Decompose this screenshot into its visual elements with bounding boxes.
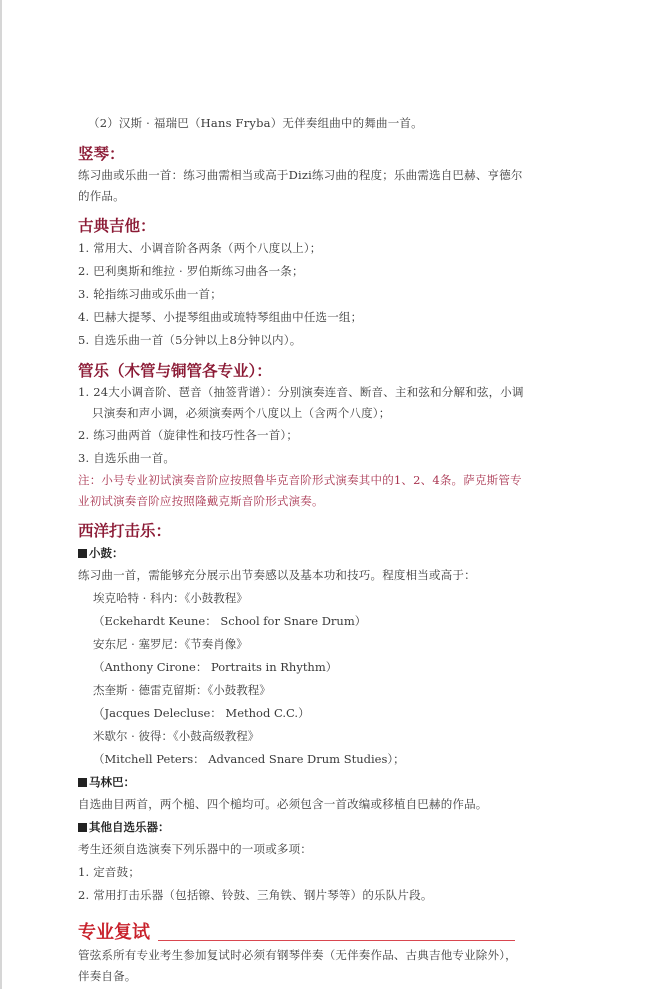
snare-book: （Jacques Delecluse： Method C.C.） <box>78 702 528 725</box>
guitar-item: 1. 常用大、小调音阶各两条（两个八度以上）； <box>78 237 528 260</box>
winds-heading: 管乐（木管与铜管各专业）： <box>78 360 528 382</box>
guitar-heading: 古典吉他： <box>78 215 528 237</box>
marimba-text: 自选曲目两首，两个槌、四个槌均可。必须包含一首改编或移植自巴赫的作品。 <box>78 793 528 816</box>
guitar-item: 3. 轮指练习曲或乐曲一首； <box>78 283 528 306</box>
marimba-heading-label: 马林巴： <box>89 771 135 793</box>
percussion-section: 西洋打击乐： 小鼓： 练习曲一首，需能够充分展示出节奏感以及基本功和技巧。程度相… <box>78 520 528 907</box>
winds-item: 1. 24大小调音阶、琶音（抽签背谱）：分别演奏连音、断音、主和弦和分解和弦，小… <box>78 382 528 424</box>
page-left-border <box>0 0 2 989</box>
harp-text: 练习曲或乐曲一首：练习曲需相当或高于Dizi练习曲的程度；乐曲需选自巴赫、亨德尔… <box>78 165 528 207</box>
guitar-item: 2. 巴利奥斯和维拉 · 罗伯斯练习曲各一条； <box>78 260 528 283</box>
harp-section: 竖琴： 练习曲或乐曲一首：练习曲需相当或高于Dizi练习曲的程度；乐曲需选自巴赫… <box>78 143 528 207</box>
guitar-item: 5. 自选乐曲一首（5分钟以上8分钟以内）。 <box>78 329 528 352</box>
other-instruments-heading: 其他自选乐器： <box>78 816 528 838</box>
snare-book: 杰奎斯 · 德雷克留斯：《小鼓教程》 <box>78 679 528 702</box>
square-bullet-icon <box>78 549 87 558</box>
square-bullet-icon <box>78 778 87 787</box>
marimba-heading: 马林巴： <box>78 771 528 793</box>
snare-book: （Anthony Cirone： Portraits in Rhythm） <box>78 656 528 679</box>
snare-book: （Mitchell Peters： Advanced Snare Drum St… <box>78 748 528 771</box>
intro-line: （2）汉斯 · 福瑞巴（Hans Fryba）无伴奏组曲中的舞曲一首。 <box>78 112 528 135</box>
other-instruments-text: 考生还须自选演奏下列乐器中的一项或多项： <box>78 838 528 861</box>
document-page: （2）汉斯 · 福瑞巴（Hans Fryba）无伴奏组曲中的舞曲一首。 竖琴： … <box>78 112 528 987</box>
snare-book: （Eckehardt Keune： School for Snare Drum） <box>78 610 528 633</box>
guitar-section: 古典吉他： 1. 常用大、小调音阶各两条（两个八度以上）； 2. 巴利奥斯和维拉… <box>78 215 528 352</box>
square-bullet-icon <box>78 823 87 832</box>
snare-book: 米歇尔 · 彼得：《小鼓高级教程》 <box>78 725 528 748</box>
guitar-item: 4. 巴赫大提琴、小提琴组曲或琉特琴组曲中任选一组； <box>78 306 528 329</box>
winds-item: 2. 练习曲两首（旋律性和技巧性各一首）； <box>78 424 528 447</box>
winds-item: 3. 自选乐曲一首。 <box>78 447 528 470</box>
snare-heading: 小鼓： <box>78 542 528 564</box>
winds-section: 管乐（木管与铜管各专业）： 1. 24大小调音阶、琶音（抽签背谱）：分别演奏连音… <box>78 360 528 512</box>
other-instruments-heading-label: 其他自选乐器： <box>89 816 170 838</box>
retest-header: 专业复试 <box>78 921 528 945</box>
section-divider <box>158 940 515 942</box>
harp-heading: 竖琴： <box>78 143 528 165</box>
snare-text: 练习曲一首，需能够充分展示出节奏感以及基本功和技巧。程度相当或高于： <box>78 564 528 587</box>
other-instruments-item: 2. 常用打击乐器（包括镲、铃鼓、三角铁、钢片琴等）的乐队片段。 <box>78 884 528 907</box>
percussion-heading: 西洋打击乐： <box>78 520 528 542</box>
retest-section: 专业复试 管弦系所有专业考生参加复试时必须有钢琴伴奏（无伴奏作品、古典吉他专业除… <box>78 921 528 987</box>
other-instruments-item: 1. 定音鼓； <box>78 861 528 884</box>
snare-heading-label: 小鼓： <box>89 542 124 564</box>
snare-book: 安东尼 · 塞罗尼：《节奏肖像》 <box>78 633 528 656</box>
retest-text: 管弦系所有专业考生参加复试时必须有钢琴伴奏（无伴奏作品、古典吉他专业除外），伴奏… <box>78 945 528 987</box>
winds-note: 注：小号专业初试演奏音阶应按照鲁毕克音阶形式演奏其中的1、2、4条。萨克斯管专业… <box>78 470 528 512</box>
snare-book: 埃克哈特 · 科内：《小鼓教程》 <box>78 587 528 610</box>
retest-heading: 专业复试 <box>78 921 150 945</box>
